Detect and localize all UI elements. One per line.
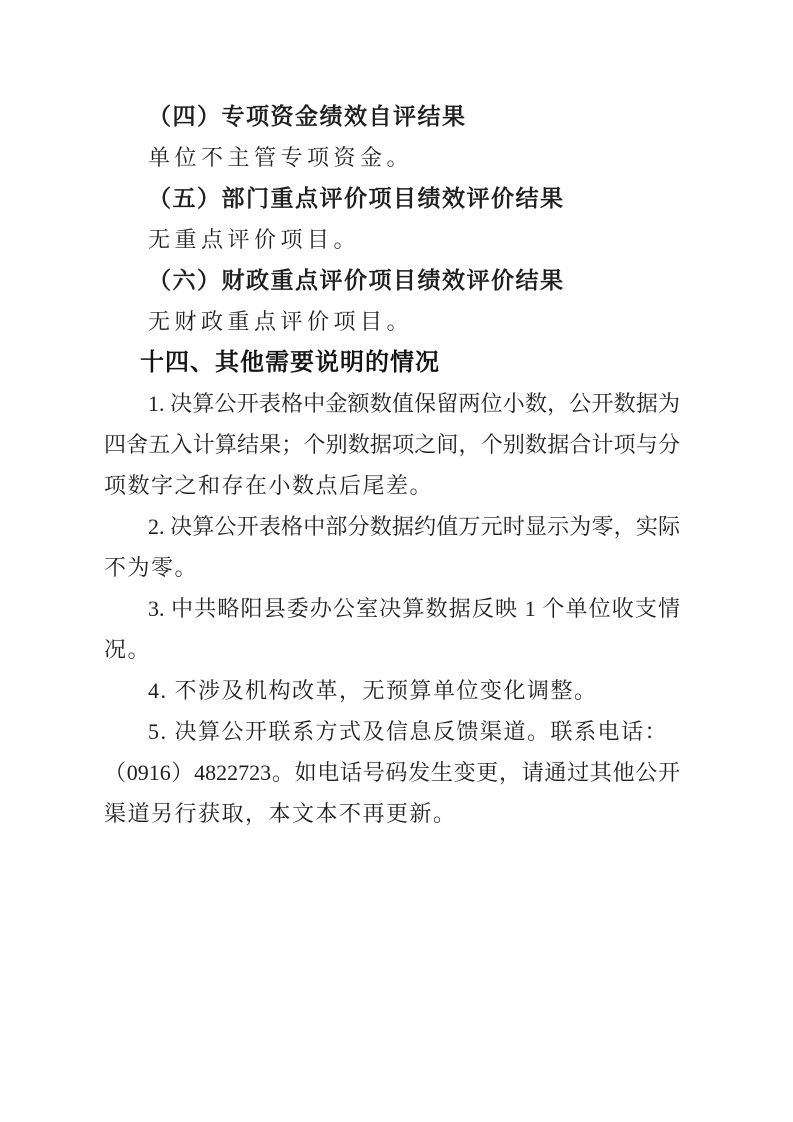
subheading-section-5: （五）部门重点评价项目绩效评价结果: [104, 178, 680, 219]
document-content: （四）专项资金绩效自评结果 单位不主管专项资金。 （五）部门重点评价项目绩效评价…: [104, 96, 680, 834]
note-5-line-1: 5. 决算公开联系方式及信息反馈渠道。联系电话：: [104, 711, 680, 752]
section-4-paragraph: 单位不主管专项资金。: [104, 137, 680, 178]
note-1-line-1: 1. 决算公开表格中金额数值保留两位小数，公开数据为: [104, 383, 680, 424]
heading-section-14: 十四、其他需要说明的情况: [104, 342, 680, 383]
note-1-line-2: 四舍五入计算结果；个别数据项之间，个别数据合计项与分: [104, 424, 680, 465]
note-3-line-1: 3. 中共略阳县委办公室决算数据反映 1 个单位收支情: [104, 588, 680, 629]
note-4-line-1: 4. 不涉及机构改革，无预算单位变化调整。: [104, 670, 680, 711]
note-2-line-2: 不为零。: [104, 547, 680, 588]
subheading-section-4: （四）专项资金绩效自评结果: [104, 96, 680, 137]
note-5-line-3: 渠道另行获取，本文本不再更新。: [104, 793, 680, 834]
note-5-line-2: （0916）4822723。如电话号码发生变更，请通过其他公开: [104, 752, 680, 793]
note-3-line-2: 况。: [104, 629, 680, 670]
subheading-section-6: （六）财政重点评价项目绩效评价结果: [104, 260, 680, 301]
document-page: （四）专项资金绩效自评结果 单位不主管专项资金。 （五）部门重点评价项目绩效评价…: [0, 0, 793, 1122]
note-1-line-3: 项数字之和存在小数点后尾差。: [104, 465, 680, 506]
note-2-line-1: 2. 决算公开表格中部分数据约值万元时显示为零，实际: [104, 506, 680, 547]
section-5-paragraph: 无重点评价项目。: [104, 219, 680, 260]
section-6-paragraph: 无财政重点评价项目。: [104, 301, 680, 342]
